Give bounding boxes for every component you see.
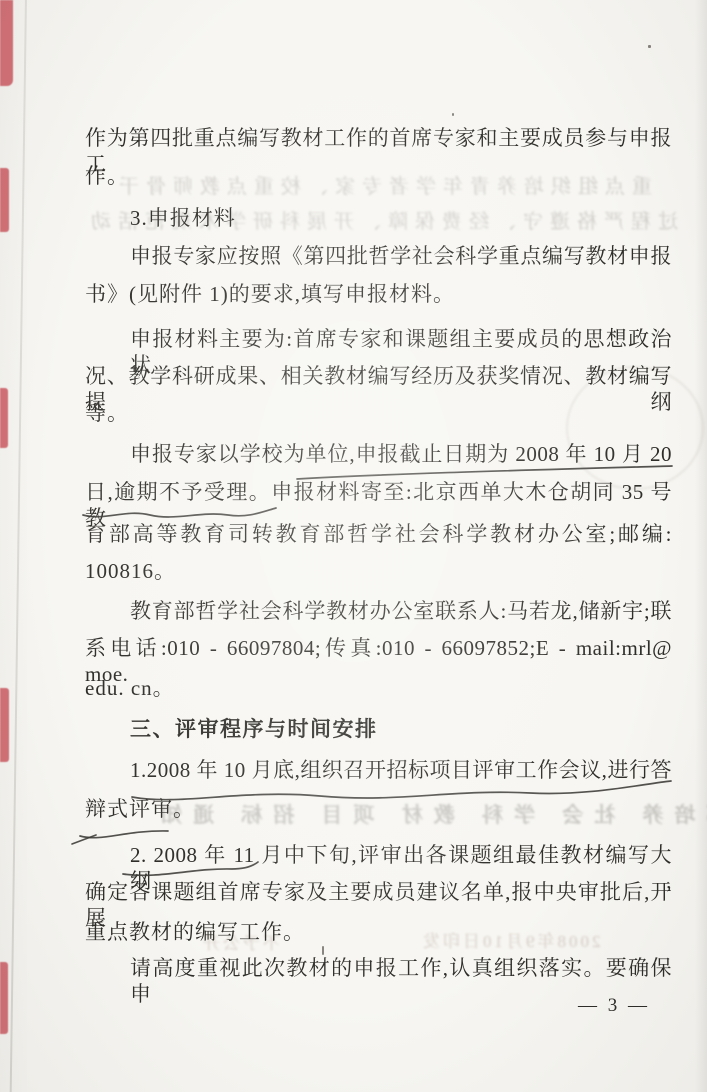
bleedthrough-text: 部培养 社会 学科 教材 项目 招标 通知 xyxy=(150,799,707,829)
text-line: 等。 xyxy=(85,400,129,426)
scan-speck xyxy=(648,45,651,48)
text-line: 3.申报材料 xyxy=(130,205,236,231)
red-edge-mark xyxy=(0,688,9,762)
red-edge-mark xyxy=(0,0,13,86)
hand-underline xyxy=(80,831,168,838)
scan-speck xyxy=(452,113,454,116)
red-edge-mark xyxy=(0,388,8,448)
scan-speck xyxy=(322,946,324,955)
text-line: 申报专家以学校为单位,申报截止日期为 2008 年 10 月 20 xyxy=(130,441,672,467)
page-number: — 3 — xyxy=(578,995,650,1017)
hand-underline xyxy=(72,835,96,844)
text-line: edu. cn。 xyxy=(85,675,175,701)
text-line: 育部高等教育司转教育部哲学社会科学教材办公室;邮编: xyxy=(85,521,672,547)
text-line: 1.2008 年 10 月底,组织召开招标项目评审工作会议,进行答 xyxy=(130,757,672,783)
text-line: 100816。 xyxy=(85,558,176,584)
text-line: 作为第四批重点编写教材工作的首席专家和主要成员参与申报工 xyxy=(85,125,672,177)
text-line: 教育部哲学社会科学教材办公室联系人:马若龙,储新宇;联 xyxy=(130,598,672,624)
text-line: 重点教材的编写工作。 xyxy=(85,919,305,945)
page-right-edge-shade xyxy=(695,0,707,1092)
hand-underline xyxy=(132,781,671,800)
text-line: 作。 xyxy=(85,163,129,189)
section-heading: 三、评审程序与时间安排 xyxy=(130,716,378,742)
text-line: 辩式评审。 xyxy=(85,796,195,822)
red-edge-mark xyxy=(0,962,8,1034)
scanned-document-page: 重点组织培养青年学者专家、校重点教师骨干 过程严格遵守、经费保障、开展科研学术规… xyxy=(0,0,707,1092)
text-line: 申报专家应按照《第四批哲学社会科学重点编写教材申报 xyxy=(130,243,672,269)
red-edge-mark xyxy=(0,168,9,232)
text-line: 况、教学科研成果、相关教材编写经历及获奖情况、教材编写提纲 xyxy=(85,363,672,415)
text-line: 书》(见附件 1)的要求,填写申报材料。 xyxy=(85,281,455,307)
